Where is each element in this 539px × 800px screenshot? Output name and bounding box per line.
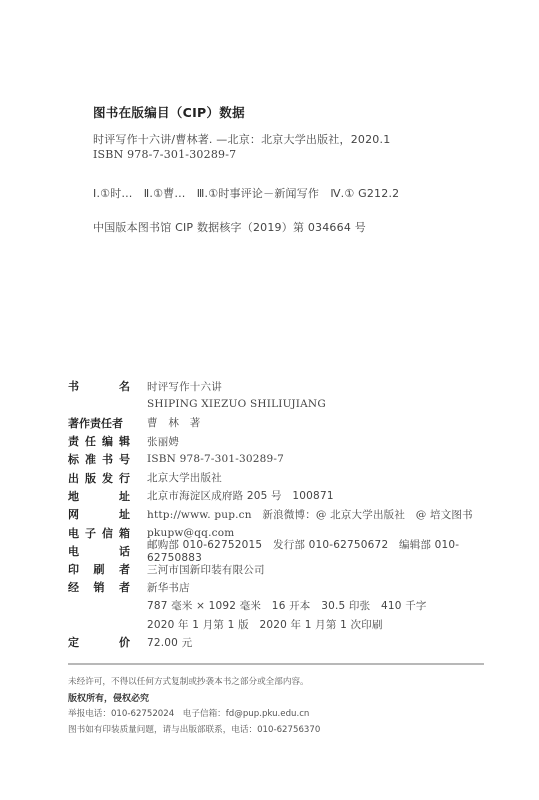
biblio-row: 电话邮购部 010-62752015 发行部 010-62750672 编辑部 … xyxy=(68,542,488,560)
biblio-label: 定价 xyxy=(68,634,130,650)
biblio-label-char: 著作责任者 xyxy=(68,415,123,431)
biblio-label: 经销者 xyxy=(68,579,130,595)
biblio-label-char: 版 xyxy=(85,470,96,486)
biblio-label-char: 出 xyxy=(68,470,79,486)
biblio-label-char: 印 xyxy=(68,561,79,577)
report-contact: 举报电话：010-62752024 电子信箱：fd@pup.pku.edu.cn xyxy=(68,707,309,719)
biblio-row: 787 毫米 × 1092 毫米 16 开本 30.5 印张 410 千字 xyxy=(68,597,488,615)
biblio-label-char: 信 xyxy=(102,525,113,541)
biblio-value: 张丽娉 xyxy=(147,434,179,449)
cip-isbn-line: ISBN 978-7-301-30289-7 xyxy=(93,148,236,161)
biblio-label: 书名 xyxy=(68,378,130,394)
biblio-value: ISBN 978-7-301-30289-7 xyxy=(147,453,284,465)
biblio-row: 书名时评写作十六讲 xyxy=(68,377,488,395)
bibliographic-table: 书名时评写作十六讲SHIPING XIEZUO SHILIUJIANG著作责任者… xyxy=(68,377,488,651)
biblio-row: 网址http://www. pup.cn 新浪微博：@ 北京大学出版社 @ 培文… xyxy=(68,505,488,523)
biblio-value: 2020 年 1 月第 1 版 2020 年 1 月第 1 次印刷 xyxy=(147,617,383,632)
biblio-value: http://www. pup.cn 新浪微博：@ 北京大学出版社 @ 培文图书 xyxy=(147,507,473,522)
biblio-label-char: 定 xyxy=(68,634,79,650)
biblio-label: 著作责任者 xyxy=(68,415,130,431)
biblio-label-char: 发 xyxy=(102,470,113,486)
cip-book-line: 时评写作十六讲/曹林著. —北京：北京大学出版社，2020.1 xyxy=(93,131,390,147)
biblio-label-char: 辑 xyxy=(119,433,130,449)
biblio-row: 地址北京市海淀区成府路 205 号 100871 xyxy=(68,487,488,505)
biblio-row: 责任编辑张丽娉 xyxy=(68,432,488,450)
biblio-label-char: 号 xyxy=(119,451,130,467)
biblio-label: 电子信箱 xyxy=(68,525,130,541)
biblio-label-char: 行 xyxy=(119,470,130,486)
biblio-value: 邮购部 010-62752015 发行部 010-62750672 编辑部 01… xyxy=(147,537,488,564)
biblio-value: 曹 林 著 xyxy=(147,415,201,430)
biblio-label-char: 经 xyxy=(68,579,79,595)
biblio-row: 定价72.00 元 xyxy=(68,633,488,651)
biblio-label-char: 电 xyxy=(68,543,79,559)
biblio-value: 72.00 元 xyxy=(147,635,192,650)
biblio-label-char: 名 xyxy=(119,378,130,394)
cip-title: 图书在版编目（CIP）数据 xyxy=(93,103,245,121)
biblio-value: 三河市国新印装有限公司 xyxy=(147,562,265,577)
cip-classification-line: Ⅰ.①时… Ⅱ.①曹… Ⅲ.①时事评论－新闻写作 Ⅳ.① G212.2 xyxy=(93,185,399,201)
biblio-label-char: 箱 xyxy=(119,525,130,541)
biblio-value: 北京大学出版社 xyxy=(147,470,222,485)
biblio-label-char: 电 xyxy=(68,525,79,541)
copyright-notice: 未经许可，不得以任何方式复制或抄袭本书之部分或全部内容。 xyxy=(68,675,309,687)
biblio-label-char: 书 xyxy=(102,451,113,467)
biblio-label: 电话 xyxy=(68,543,130,559)
biblio-label-char: 任 xyxy=(85,433,96,449)
divider-line xyxy=(68,663,484,665)
biblio-label-char: 子 xyxy=(85,525,96,541)
biblio-label-char: 址 xyxy=(119,488,130,504)
biblio-value: SHIPING XIEZUO SHILIUJIANG xyxy=(147,398,326,410)
biblio-label-char: 销 xyxy=(94,579,105,595)
biblio-label-char: 址 xyxy=(119,506,130,522)
biblio-label: 印刷者 xyxy=(68,561,130,577)
biblio-label-char: 价 xyxy=(119,634,130,650)
biblio-value: 时评写作十六讲 xyxy=(147,379,222,394)
biblio-row: 2020 年 1 月第 1 版 2020 年 1 月第 1 次印刷 xyxy=(68,615,488,633)
biblio-label: 地址 xyxy=(68,488,130,504)
quality-contact: 图书如有印装质量问题，请与出版部联系，电话：010-62756370 xyxy=(68,723,320,735)
biblio-label-char: 准 xyxy=(85,451,96,467)
biblio-label-char: 话 xyxy=(119,543,130,559)
biblio-row: 出版发行北京大学出版社 xyxy=(68,468,488,486)
biblio-label-char: 书 xyxy=(68,378,79,394)
biblio-label: 标准书号 xyxy=(68,451,130,467)
biblio-label-char: 责 xyxy=(68,433,79,449)
biblio-value: 北京市海淀区成府路 205 号 100871 xyxy=(147,488,334,503)
cip-record-number: 中国版本图书馆 CIP 数据核字（2019）第 034664 号 xyxy=(93,219,366,235)
rights-reserved: 版权所有，侵权必究 xyxy=(68,691,149,704)
biblio-value: 新华书店 xyxy=(147,580,190,595)
biblio-label-char: 地 xyxy=(68,488,79,504)
biblio-row: 经销者新华书店 xyxy=(68,578,488,596)
biblio-label-char: 编 xyxy=(102,433,113,449)
biblio-label: 出版发行 xyxy=(68,470,130,486)
biblio-row: 标准书号ISBN 978-7-301-30289-7 xyxy=(68,450,488,468)
biblio-label-char: 刷 xyxy=(94,561,105,577)
biblio-label-char: 标 xyxy=(68,451,79,467)
biblio-label-char: 者 xyxy=(119,561,130,577)
biblio-label: 网址 xyxy=(68,506,130,522)
biblio-row: SHIPING XIEZUO SHILIUJIANG xyxy=(68,395,488,413)
biblio-label: 责任编辑 xyxy=(68,433,130,449)
biblio-row: 著作责任者曹 林 著 xyxy=(68,414,488,432)
biblio-value: 787 毫米 × 1092 毫米 16 开本 30.5 印张 410 千字 xyxy=(147,598,427,613)
biblio-label-char: 者 xyxy=(119,579,130,595)
biblio-label-char: 网 xyxy=(68,506,79,522)
